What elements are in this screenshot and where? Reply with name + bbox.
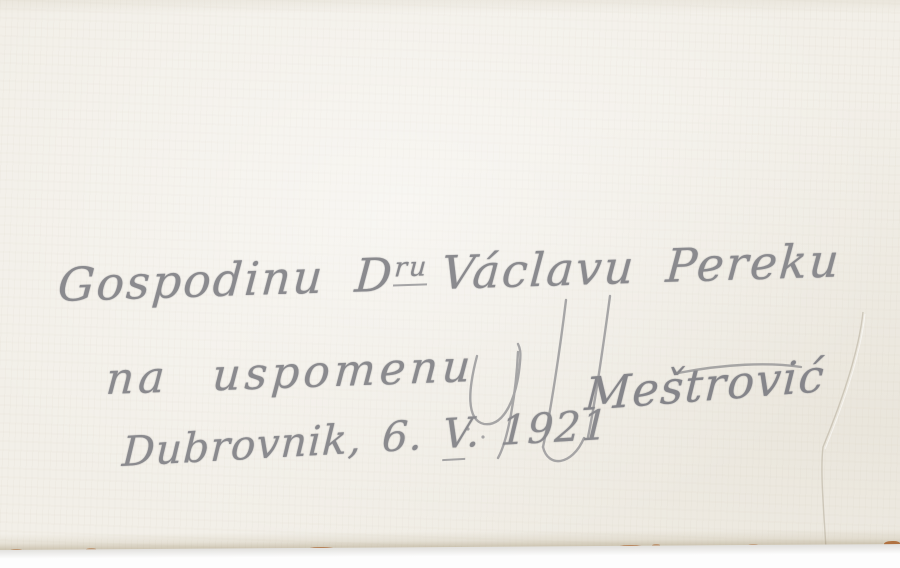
place-and-date-prefix: Dubrovnik, 6. — [121, 410, 444, 476]
paper-sheet: Gospodinu DruVáclavu Pereku na uspomenu … — [0, 0, 900, 568]
inscription-line-1: Gospodinu DruVáclavu Pereku — [56, 237, 842, 308]
photograph-scene: Gospodinu DruVáclavu Pereku na uspomenu … — [0, 0, 900, 568]
roman-numeral-month: V — [442, 409, 468, 462]
paper-top-tint — [0, 0, 900, 14]
dedication-prefix: Gospodinu D — [56, 247, 396, 312]
date-year: . 1921 — [465, 401, 610, 457]
artist-signature: Meštrović — [584, 353, 827, 417]
dru-superscript: ru — [393, 251, 429, 286]
paper-crease — [822, 312, 865, 549]
inscription-line-2: na uspomenu — [104, 345, 475, 402]
inscription-line-3: Dubrovnik, 6. V. 1921 — [121, 405, 610, 473]
dedication-recipient: Václavu Pereku — [440, 233, 843, 300]
